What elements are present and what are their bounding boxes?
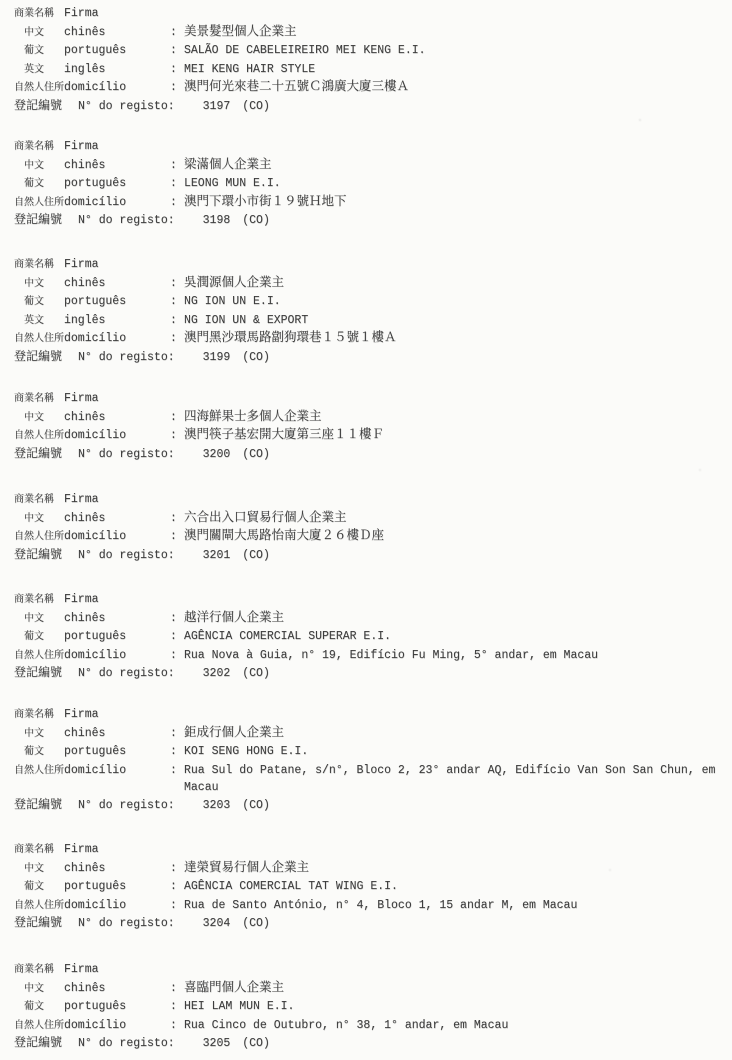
registry-entry: 商業名稱 Firma 中文 chinês : 四海鮮果士多個人企業主 自然人住所… <box>14 390 724 463</box>
registry-label-pt: N° do registo: <box>78 98 175 116</box>
firm-label-pt: Firma <box>64 390 170 408</box>
address-row: 自然人住所 domicílio : Rua de Santo António, … <box>14 897 724 916</box>
business-name-header-row: 商業名稱 Firma <box>14 256 724 275</box>
registry-number-value: 3197 <box>203 98 231 116</box>
chinese-label-zh: 中文 <box>14 276 64 294</box>
firm-label-zh: 商業名稱 <box>14 592 64 610</box>
chinese-name-value: 六合出入口貿易行個人企業主 <box>184 510 724 528</box>
portuguese-name-row: 葡文 português : LEONG MUN E.I. <box>14 175 724 194</box>
chinese-label-pt: chinês <box>64 980 170 998</box>
registry-label-zh: 登記編號 <box>14 915 62 933</box>
registry-suffix: (CO) <box>242 1035 270 1053</box>
registry-label-zh: 登記編號 <box>14 1035 62 1053</box>
address-label-pt: domicílio <box>64 194 170 212</box>
address-label-zh: 自然人住所 <box>14 648 64 666</box>
portuguese-label-zh: 葡文 <box>14 999 64 1017</box>
registry-entry: 商業名稱 Firma 中文 chinês : 越洋行個人企業主 葡文 portu… <box>14 591 724 683</box>
colon: : <box>170 79 184 97</box>
portuguese-name-value: HEI LAM MUN E.I. <box>184 998 724 1016</box>
portuguese-name-value: NG ION UN E.I. <box>184 293 724 311</box>
english-label-zh: 英文 <box>14 313 64 331</box>
chinese-name-row: 中文 chinês : 美景髮型個人企業主 <box>14 24 724 43</box>
colon: : <box>170 510 184 528</box>
colon: : <box>170 725 184 743</box>
registry-suffix: (CO) <box>242 349 270 367</box>
business-name-header-row: 商業名稱 Firma <box>14 138 724 157</box>
chinese-name-row: 中文 chinês : 四海鮮果士多個人企業主 <box>14 409 724 428</box>
portuguese-label-pt: português <box>64 42 170 60</box>
chinese-label-zh: 中文 <box>14 511 64 529</box>
colon: : <box>170 427 184 445</box>
registry-entry: 商業名稱 Firma 中文 chinês : 吳潤源個人企業主 葡文 portu… <box>14 256 724 367</box>
english-label-pt: inglês <box>64 61 170 79</box>
address-row: 自然人住所 domicílio : 澳門下環小市街１９號Ｈ地下 <box>14 194 724 213</box>
firm-label-zh: 商業名稱 <box>14 962 64 980</box>
colon: : <box>170 743 184 761</box>
registry-label-zh: 登記編號 <box>14 349 62 367</box>
colon: : <box>170 61 184 79</box>
registration-number-row: 登記編號 N° do registo: 3203 (CO) <box>14 797 724 815</box>
registry-suffix: (CO) <box>242 547 270 565</box>
registry-number-value: 3203 <box>203 797 231 815</box>
colon: : <box>170 998 184 1016</box>
registry-number-value: 3201 <box>203 547 231 565</box>
address-row: 自然人住所 domicílio : 澳門筷子基宏開大廈第三座１１樓Ｆ <box>14 427 724 446</box>
registry-label-pt: N° do registo: <box>78 446 175 464</box>
portuguese-label-pt: português <box>64 628 170 646</box>
firm-label-zh: 商業名稱 <box>14 257 64 275</box>
address-label-pt: domicílio <box>64 762 170 780</box>
colon: : <box>170 293 184 311</box>
registry-label-zh: 登記編號 <box>14 665 62 683</box>
registration-number-row: 登記編號 N° do registo: 3201 (CO) <box>14 547 724 565</box>
address-label-pt: domicílio <box>64 330 170 348</box>
address-row: 自然人住所 domicílio : Rua Sul do Patane, s/n… <box>14 762 724 797</box>
chinese-label-zh: 中文 <box>14 981 64 999</box>
chinese-label-pt: chinês <box>64 610 170 628</box>
chinese-name-row: 中文 chinês : 梁滿個人企業主 <box>14 157 724 176</box>
registry-number-value: 3205 <box>203 1035 231 1053</box>
address-label-pt: domicílio <box>64 528 170 546</box>
firm-label-pt: Firma <box>64 591 170 609</box>
registry-entry: 商業名稱 Firma 中文 chinês : 梁滿個人企業主 葡文 portug… <box>14 138 724 230</box>
chinese-label-pt: chinês <box>64 860 170 878</box>
registry-label-zh: 登記編號 <box>14 98 62 116</box>
chinese-label-pt: chinês <box>64 409 170 427</box>
address-label-pt: domicílio <box>64 647 170 665</box>
english-name-value: MEI KENG HAIR STYLE <box>184 61 724 79</box>
registry-entry: 商業名稱 Firma 中文 chinês : 六合出入口貿易行個人企業主 自然人… <box>14 491 724 564</box>
registration-number-row: 登記編號 N° do registo: 3199 (CO) <box>14 349 724 367</box>
registry-suffix: (CO) <box>242 915 270 933</box>
firm-label-zh: 商業名稱 <box>14 391 64 409</box>
registry-entry: 商業名稱 Firma 中文 chinês : 喜臨門個人企業主 葡文 portu… <box>14 961 724 1053</box>
business-name-header-row: 商業名稱 Firma <box>14 841 724 860</box>
colon: : <box>170 312 184 330</box>
colon: : <box>170 860 184 878</box>
english-name-row: 英文 inglês : NG ION UN & EXPORT <box>14 312 724 331</box>
registry-entry: 商業名稱 Firma 中文 chinês : 鉅成行個人企業主 葡文 portu… <box>14 706 724 815</box>
registration-number-row: 登記編號 N° do registo: 3204 (CO) <box>14 915 724 933</box>
colon: : <box>170 628 184 646</box>
address-value: 澳門黑沙環馬路劏狗環巷１５號１樓Ａ <box>184 330 724 348</box>
firm-label-pt: Firma <box>64 961 170 979</box>
address-label-pt: domicílio <box>64 79 170 97</box>
chinese-name-value: 越洋行個人企業主 <box>184 610 724 628</box>
registry-suffix: (CO) <box>242 797 270 815</box>
address-label-zh: 自然人住所 <box>14 898 64 916</box>
business-name-header-row: 商業名稱 Firma <box>14 491 724 510</box>
address-value: 澳門關閘大馬路怡南大廈２６樓Ｄ座 <box>184 528 724 546</box>
portuguese-name-row: 葡文 português : HEI LAM MUN E.I. <box>14 998 724 1017</box>
registry-label-pt: N° do registo: <box>78 547 175 565</box>
colon: : <box>170 897 184 915</box>
chinese-label-zh: 中文 <box>14 410 64 428</box>
portuguese-label-zh: 葡文 <box>14 629 64 647</box>
portuguese-label-zh: 葡文 <box>14 744 64 762</box>
registry-entry: 商業名稱 Firma 中文 chinês : 美景髮型個人企業主 葡文 port… <box>14 5 724 116</box>
address-label-pt: domicílio <box>64 427 170 445</box>
firm-label-pt: Firma <box>64 5 170 23</box>
portuguese-label-pt: português <box>64 293 170 311</box>
registry-entry: 商業名稱 Firma 中文 chinês : 達榮貿易行個人企業主 葡文 por… <box>14 841 724 933</box>
portuguese-label-pt: português <box>64 878 170 896</box>
registry-label-pt: N° do registo: <box>78 797 175 815</box>
portuguese-name-value: AGÊNCIA COMERCIAL TAT WING E.I. <box>184 878 724 896</box>
address-label-zh: 自然人住所 <box>14 195 64 213</box>
registration-number-row: 登記編號 N° do registo: 3200 (CO) <box>14 446 724 464</box>
registry-number-value: 3202 <box>203 665 231 683</box>
colon: : <box>170 275 184 293</box>
registry-suffix: (CO) <box>242 212 270 230</box>
colon: : <box>170 878 184 896</box>
registry-label-pt: N° do registo: <box>78 665 175 683</box>
business-name-header-row: 商業名稱 Firma <box>14 390 724 409</box>
registration-number-row: 登記編號 N° do registo: 3205 (CO) <box>14 1035 724 1053</box>
chinese-name-row: 中文 chinês : 鉅成行個人企業主 <box>14 725 724 744</box>
registry-suffix: (CO) <box>242 665 270 683</box>
firm-label-zh: 商業名稱 <box>14 707 64 725</box>
address-label-zh: 自然人住所 <box>14 529 64 547</box>
registration-number-row: 登記編號 N° do registo: 3197 (CO) <box>14 98 724 116</box>
address-row: 自然人住所 domicílio : 澳門關閘大馬路怡南大廈２６樓Ｄ座 <box>14 528 724 547</box>
chinese-name-row: 中文 chinês : 喜臨門個人企業主 <box>14 980 724 999</box>
business-name-header-row: 商業名稱 Firma <box>14 961 724 980</box>
portuguese-label-zh: 葡文 <box>14 879 64 897</box>
registry-label-zh: 登記編號 <box>14 547 62 565</box>
registry-number-value: 3198 <box>203 212 231 230</box>
address-value: 澳門何光來巷二十五號Ｃ鴻廣大廈三樓Ａ <box>184 79 724 97</box>
registry-label-pt: N° do registo: <box>78 212 175 230</box>
address-row: 自然人住所 domicílio : 澳門何光來巷二十五號Ｃ鴻廣大廈三樓Ａ <box>14 79 724 98</box>
chinese-name-value: 梁滿個人企業主 <box>184 157 724 175</box>
address-value: Rua Sul do Patane, s/n°, Bloco 2, 23° an… <box>184 762 724 797</box>
chinese-label-pt: chinês <box>64 275 170 293</box>
address-label-zh: 自然人住所 <box>14 428 64 446</box>
colon: : <box>170 610 184 628</box>
colon: : <box>170 762 184 780</box>
scanned-registry-page: 商業名稱 Firma 中文 chinês : 美景髮型個人企業主 葡文 port… <box>0 0 732 1060</box>
portuguese-name-row: 葡文 português : AGÊNCIA COMERCIAL SUPERAR… <box>14 628 724 647</box>
address-label-zh: 自然人住所 <box>14 331 64 349</box>
chinese-name-row: 中文 chinês : 越洋行個人企業主 <box>14 610 724 629</box>
portuguese-name-row: 葡文 português : AGÊNCIA COMERCIAL TAT WIN… <box>14 878 724 897</box>
address-row: 自然人住所 domicílio : Rua Nova à Guia, n° 19… <box>14 647 724 666</box>
portuguese-label-zh: 葡文 <box>14 43 64 61</box>
portuguese-label-pt: português <box>64 743 170 761</box>
business-name-header-row: 商業名稱 Firma <box>14 5 724 24</box>
chinese-label-pt: chinês <box>64 725 170 743</box>
address-label-zh: 自然人住所 <box>14 1018 64 1036</box>
colon: : <box>170 528 184 546</box>
firm-label-pt: Firma <box>64 256 170 274</box>
portuguese-label-pt: português <box>64 175 170 193</box>
address-value: Rua Nova à Guia, n° 19, Edifício Fu Ming… <box>184 647 724 665</box>
chinese-label-zh: 中文 <box>14 861 64 879</box>
colon: : <box>170 42 184 60</box>
business-name-header-row: 商業名稱 Firma <box>14 706 724 725</box>
registry-label-pt: N° do registo: <box>78 1035 175 1053</box>
chinese-name-value: 鉅成行個人企業主 <box>184 725 724 743</box>
chinese-label-zh: 中文 <box>14 726 64 744</box>
colon: : <box>170 1017 184 1035</box>
english-name-value: NG ION UN & EXPORT <box>184 312 724 330</box>
chinese-name-value: 美景髮型個人企業主 <box>184 24 724 42</box>
chinese-name-value: 喜臨門個人企業主 <box>184 980 724 998</box>
firm-label-pt: Firma <box>64 491 170 509</box>
chinese-label-pt: chinês <box>64 510 170 528</box>
firm-label-zh: 商業名稱 <box>14 139 64 157</box>
chinese-name-value: 四海鮮果士多個人企業主 <box>184 409 724 427</box>
registry-suffix: (CO) <box>242 98 270 116</box>
firm-label-zh: 商業名稱 <box>14 6 64 24</box>
address-label-pt: domicílio <box>64 1017 170 1035</box>
portuguese-name-value: KOI SENG HONG E.I. <box>184 743 724 761</box>
colon: : <box>170 175 184 193</box>
firm-label-pt: Firma <box>64 706 170 724</box>
address-value: 澳門下環小市街１９號Ｈ地下 <box>184 194 724 212</box>
english-label-pt: inglês <box>64 312 170 330</box>
colon: : <box>170 330 184 348</box>
registry-label-pt: N° do registo: <box>78 349 175 367</box>
portuguese-name-row: 葡文 português : KOI SENG HONG E.I. <box>14 743 724 762</box>
chinese-label-pt: chinês <box>64 157 170 175</box>
address-label-zh: 自然人住所 <box>14 763 64 781</box>
portuguese-name-value: SALÃO DE CABELEIREIRO MEI KENG E.I. <box>184 42 724 60</box>
portuguese-name-value: AGÊNCIA COMERCIAL SUPERAR E.I. <box>184 628 724 646</box>
colon: : <box>170 647 184 665</box>
address-value: Rua de Santo António, n° 4, Bloco 1, 15 … <box>184 897 724 915</box>
address-value: 澳門筷子基宏開大廈第三座１１樓Ｆ <box>184 427 724 445</box>
portuguese-name-value: LEONG MUN E.I. <box>184 175 724 193</box>
chinese-label-zh: 中文 <box>14 158 64 176</box>
chinese-name-value: 達榮貿易行個人企業主 <box>184 860 724 878</box>
registry-label-zh: 登記編號 <box>14 797 62 815</box>
chinese-label-zh: 中文 <box>14 611 64 629</box>
chinese-name-row: 中文 chinês : 達榮貿易行個人企業主 <box>14 860 724 879</box>
colon: : <box>170 24 184 42</box>
chinese-label-pt: chinês <box>64 24 170 42</box>
colon: : <box>170 194 184 212</box>
colon: : <box>170 157 184 175</box>
registry-suffix: (CO) <box>242 446 270 464</box>
registration-number-row: 登記編號 N° do registo: 3198 (CO) <box>14 212 724 230</box>
chinese-label-zh: 中文 <box>14 25 64 43</box>
chinese-name-row: 中文 chinês : 六合出入口貿易行個人企業主 <box>14 510 724 529</box>
colon: : <box>170 980 184 998</box>
registry-number-value: 3199 <box>203 349 231 367</box>
registry-number-value: 3204 <box>203 915 231 933</box>
registry-number-value: 3200 <box>203 446 231 464</box>
registration-number-row: 登記編號 N° do registo: 3202 (CO) <box>14 665 724 683</box>
address-row: 自然人住所 domicílio : Rua Cinco de Outubro, … <box>14 1017 724 1036</box>
english-label-zh: 英文 <box>14 62 64 80</box>
portuguese-name-row: 葡文 português : SALÃO DE CABELEIREIRO MEI… <box>14 42 724 61</box>
firm-label-zh: 商業名稱 <box>14 842 64 860</box>
firm-label-pt: Firma <box>64 841 170 859</box>
registry-label-zh: 登記編號 <box>14 446 62 464</box>
chinese-name-row: 中文 chinês : 吳潤源個人企業主 <box>14 275 724 294</box>
address-label-zh: 自然人住所 <box>14 80 64 98</box>
chinese-name-value: 吳潤源個人企業主 <box>184 275 724 293</box>
firm-label-pt: Firma <box>64 138 170 156</box>
portuguese-label-zh: 葡文 <box>14 294 64 312</box>
portuguese-label-pt: português <box>64 998 170 1016</box>
address-label-pt: domicílio <box>64 897 170 915</box>
english-name-row: 英文 inglês : MEI KENG HAIR STYLE <box>14 61 724 80</box>
registry-label-pt: N° do registo: <box>78 915 175 933</box>
portuguese-label-zh: 葡文 <box>14 176 64 194</box>
address-row: 自然人住所 domicílio : 澳門黑沙環馬路劏狗環巷１５號１樓Ａ <box>14 330 724 349</box>
address-value: Rua Cinco de Outubro, n° 38, 1° andar, e… <box>184 1017 724 1035</box>
colon: : <box>170 409 184 427</box>
registry-label-zh: 登記編號 <box>14 212 62 230</box>
business-name-header-row: 商業名稱 Firma <box>14 591 724 610</box>
firm-label-zh: 商業名稱 <box>14 492 64 510</box>
portuguese-name-row: 葡文 português : NG ION UN E.I. <box>14 293 724 312</box>
